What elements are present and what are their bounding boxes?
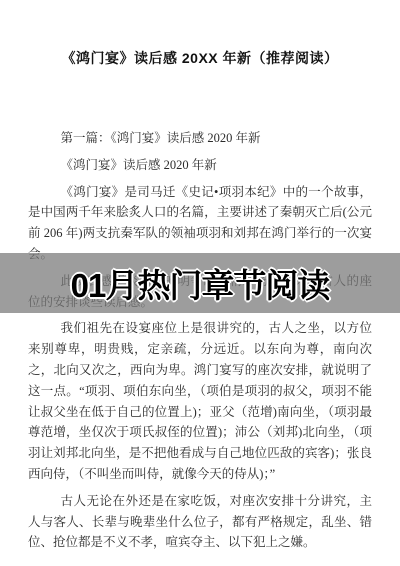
document-title: 《鸿门宴》读后感 20XX 年新（推荐阅读） — [28, 48, 372, 68]
paragraph: 第一篇：《鸿门宴》读后感 2020 年新 — [28, 128, 372, 149]
watermark-band: 01月热门章节阅读 — [0, 253, 400, 313]
document-page: 《鸿门宴》读后感 20XX 年新（推荐阅读） 第一篇：《鸿门宴》读后感 2020… — [0, 0, 400, 566]
document-body: 第一篇：《鸿门宴》读后感 2020 年新 《鸿门宴》读后感 2020 年新 《鸿… — [0, 128, 400, 553]
paragraph: 《鸿门宴》读后感 2020 年新 — [28, 155, 372, 176]
paragraph: 我们祖先在设宴座位上是很讲究的，古人之坐，以方位来别尊卑，明贵贱，定亲疏，分远近… — [28, 318, 372, 484]
paragraph: 古人无论在外还是在家吃饭，对座次安排十分讲究，主人与客人、长辈与晚辈坐什么位子，… — [28, 491, 372, 553]
promo-banner-link[interactable]: 01月热门章节阅读 — [71, 260, 330, 307]
